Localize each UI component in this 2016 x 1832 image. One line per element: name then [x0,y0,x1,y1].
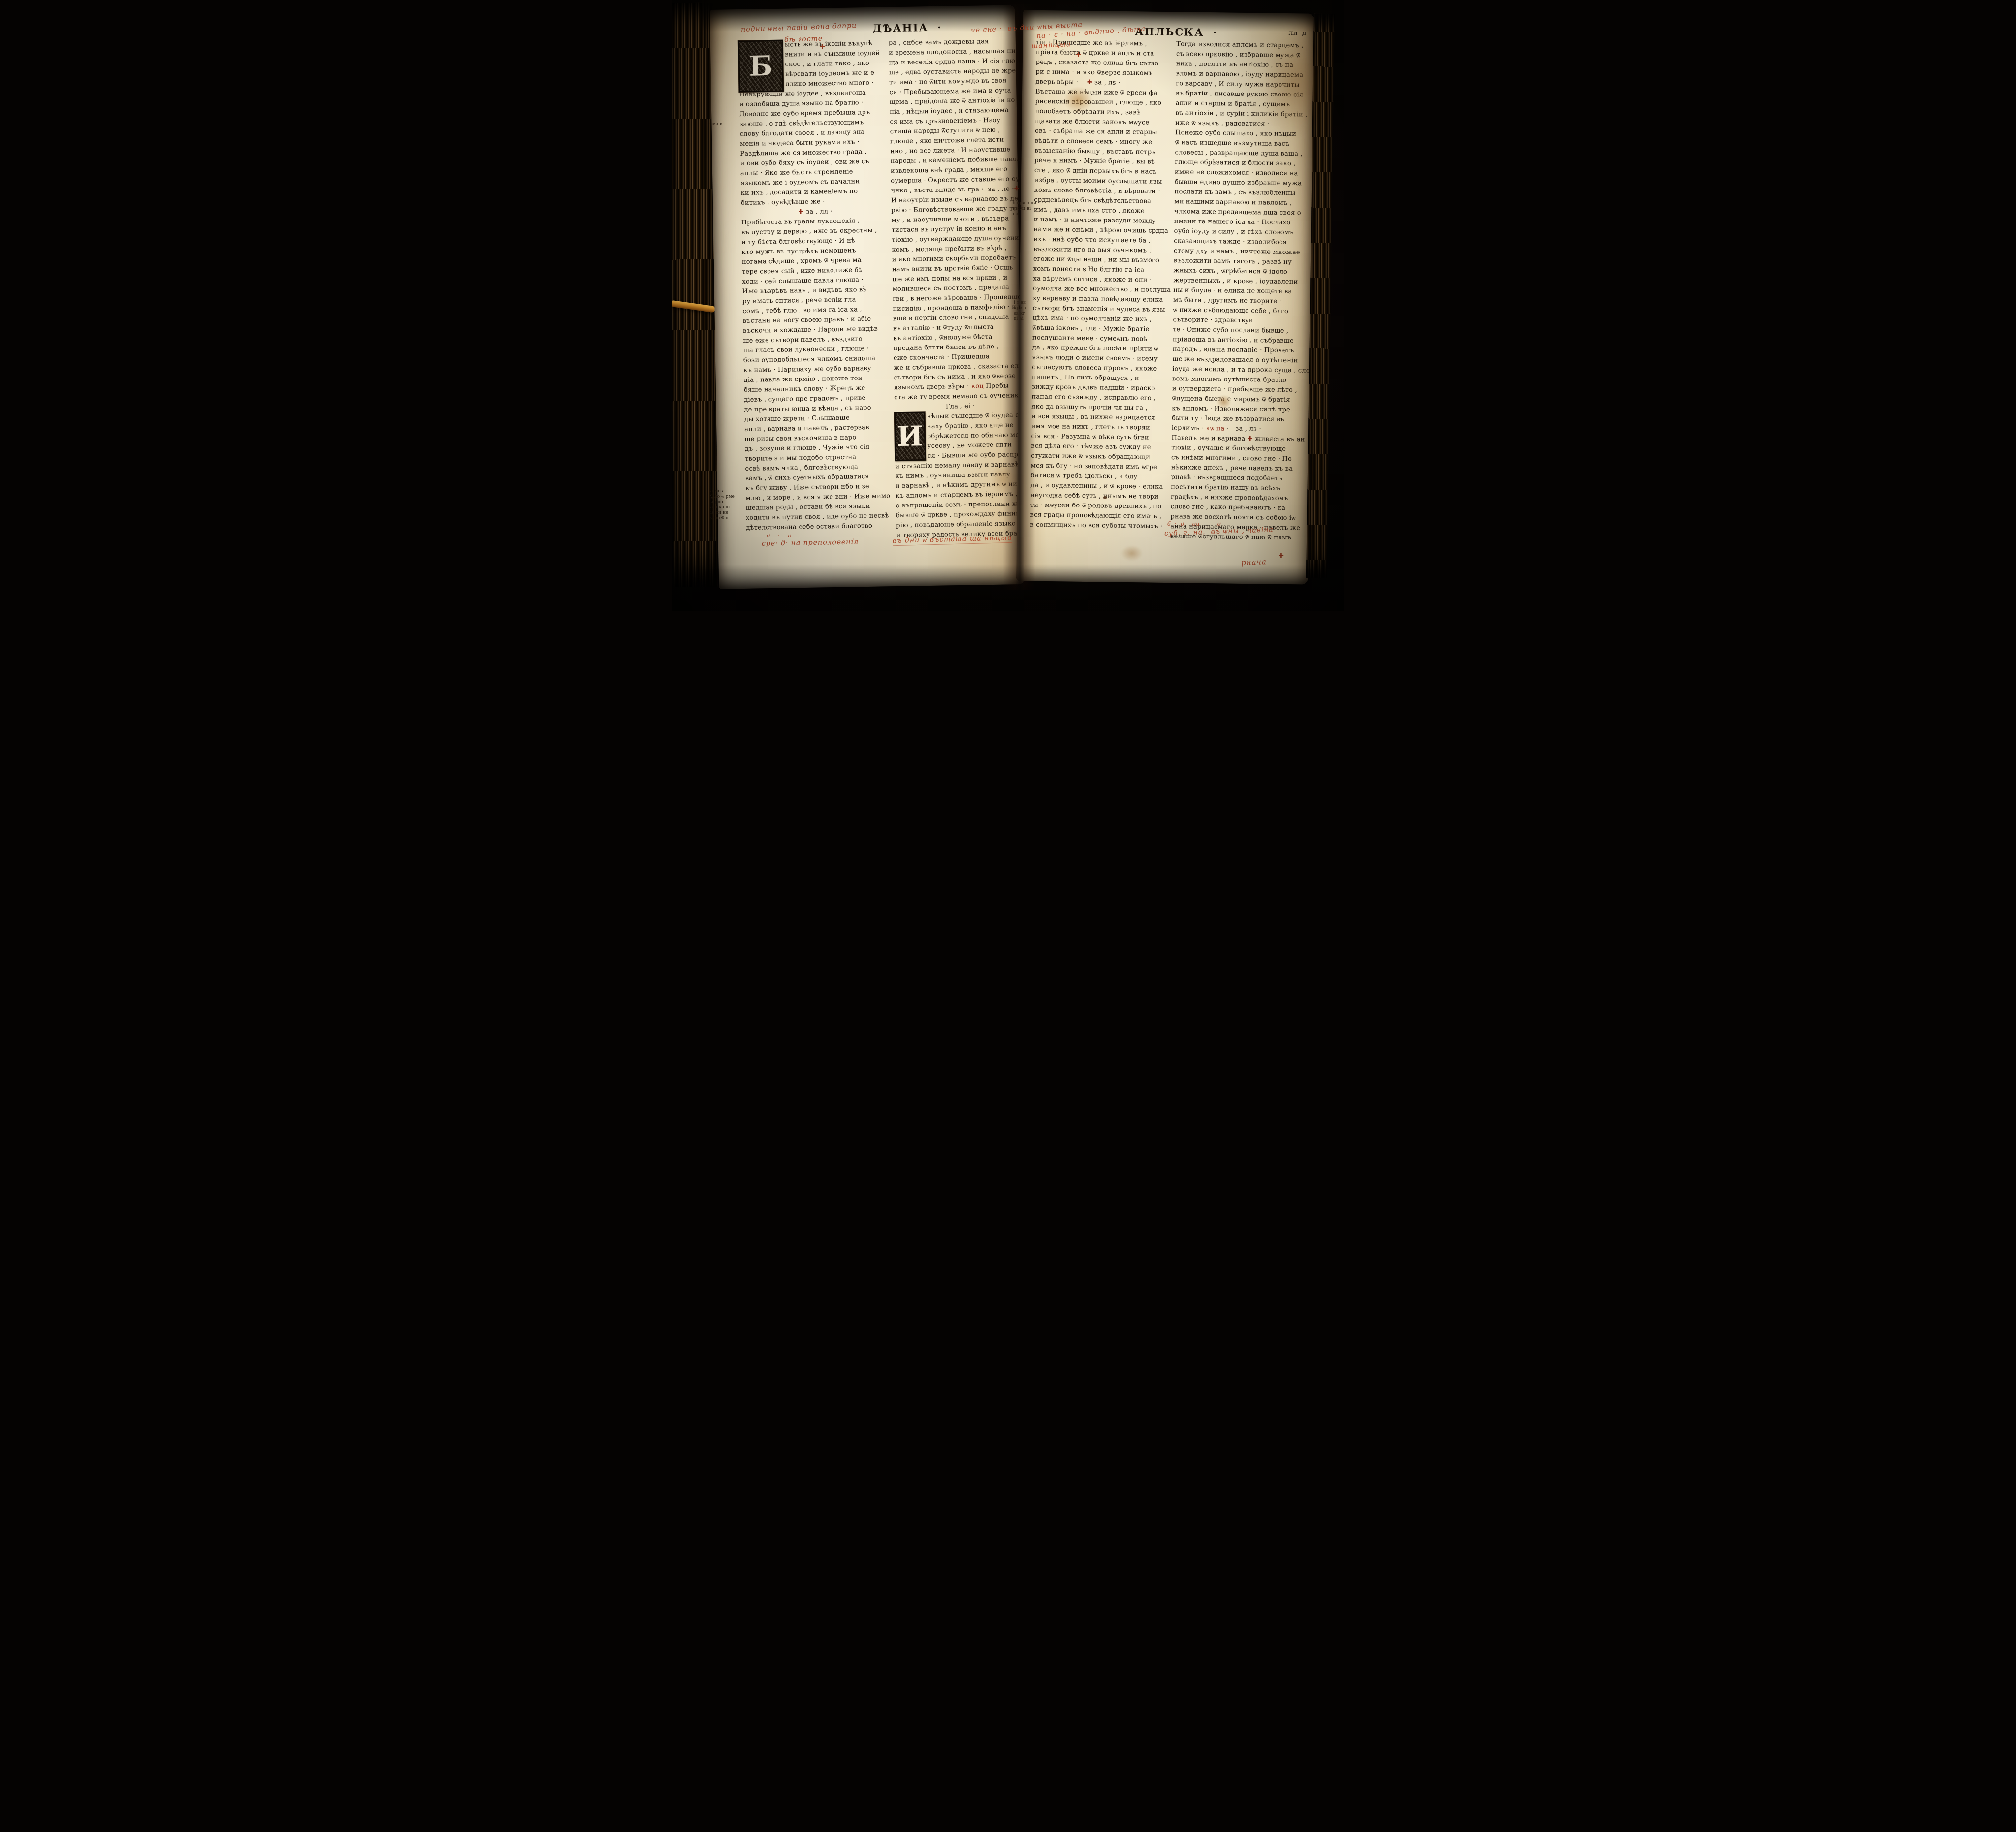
text-line: вше в пергіи слово гне , снидоша [893,312,1025,324]
red-cross-mark: ✚ [1279,552,1284,560]
margin-note-references: і о ви кри а ѕа кг ді аі [1014,300,1026,322]
handwritten-note-red: б · д ди д [1167,521,1221,527]
right-page: АПЛЬСКА · ли д тіи · Пришедше же въ іерл… [1016,10,1314,584]
running-title-right: АПЛЬСКА · [1135,25,1217,38]
photograph-of-open-book: ДѢАНІА · ысть же въ іконіи въкупѣвнити и… [672,0,1344,611]
margin-note-references: · ма ві [709,122,724,127]
text-line: в сонмищихъ по вся суботы чтомыхъ · [1030,520,1172,532]
handwritten-note-red: рнача [1241,557,1267,567]
text-line: ніа , нѣцыи іоудеє , и стязающема [890,105,1022,117]
left-page: ДѢАНІА · ысть же въ іконіи въкупѣвнити и… [710,5,1024,589]
folio-number: ли д [1288,29,1306,37]
woodcut-initial-letter: И [895,412,926,461]
margin-note-references: б кри о ди ни ял ві і аі [1013,201,1036,217]
woodcut-initial-letter: Б [738,40,784,92]
text-line: ста же ту время немало съ оученикы · [894,391,1026,403]
red-cross-mark: ✚ [820,43,825,51]
margin-note-references: а мо а ѱло ѿ рме и рло апока ді іе си не… [710,489,735,521]
text-line: дѣтелствована себе остави благотво [746,521,895,533]
handwritten-note-red: д · д [767,533,792,539]
running-title-left: ДѢАНІА · [872,21,942,34]
left-page-column-1: ысть же въ іконіи въкупѣвнити и въ сънми… [738,38,895,538]
left-page-column-2: ра , снбсе вамъ дождевы даяи времена пло… [889,36,1028,543]
red-cross-mark: ✚ [1076,51,1081,59]
handwritten-note-red: бѣ госте [784,35,823,44]
right-page-column-1: тіи · Пришедше же въ іерлимъ ,пріата быс… [1030,38,1178,534]
right-page-column-2: Тогда изволися апломъ и старцемъ ,съ все… [1170,39,1312,545]
